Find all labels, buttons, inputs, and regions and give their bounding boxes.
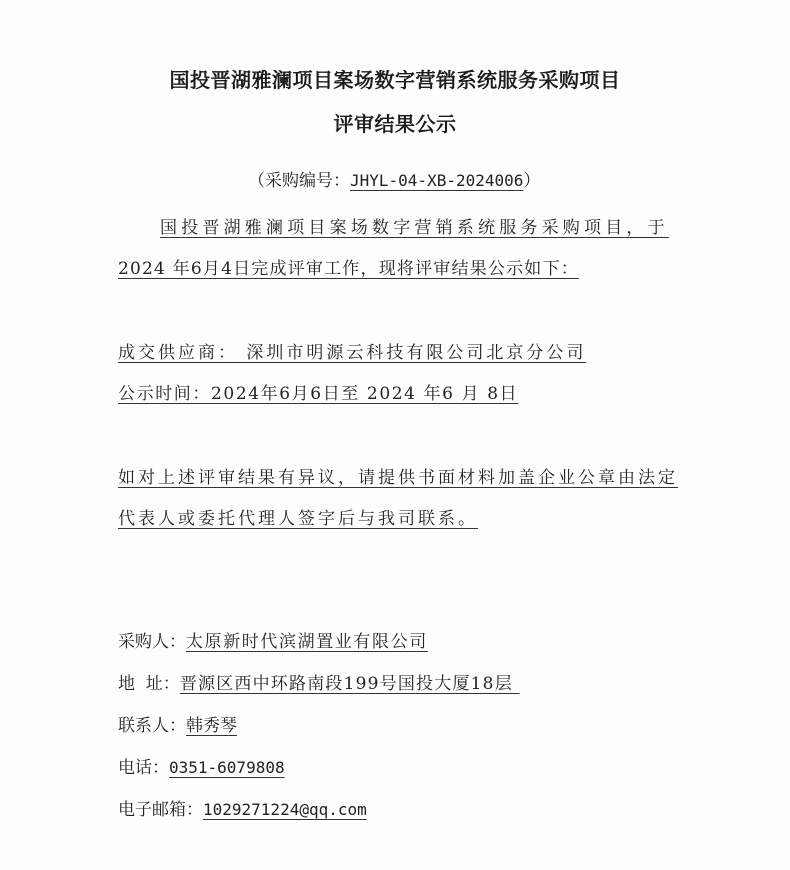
email-value: 1029271224@qq.com [203,800,367,819]
publicity-period-label: 公示时间： [118,384,211,404]
address-value: 晋源区西中环路南段199号国投大厦18层 [180,674,520,694]
procurement-number-suffix: ） [523,171,540,191]
contact-person-label: 联系人： [118,716,186,736]
contact-person-line: 联系人：韩秀琴 [118,715,237,737]
phone-label: 电话： [118,758,169,778]
phone-line: 电话：0351-6079808 [118,757,285,779]
document-page: 国投晋湖雅澜项目案场数字营销系统服务采购项目 评审结果公示 （采购编号：JHYL… [0,0,790,870]
procurement-number: （采购编号：JHYL-04-XB-2024006） [248,170,540,192]
purchaser-line: 采购人：太原新时代滨湖置业有限公司 [118,631,428,653]
supplier-label: 成交供应商： [118,343,238,363]
email-label: 电子邮箱： [118,800,203,820]
intro-line-2: 2024 年6月4日完成评审工作，现将评审结果公示如下： [118,258,579,280]
supplier-value: 深圳市明源云科技有限公司北京分公司 [238,343,586,363]
supplier-line: 成交供应商： 深圳市明源云科技有限公司北京分公司 [118,342,586,364]
phone-value: 0351-6079808 [169,758,285,777]
publicity-period-line: 公示时间：2024年6月6日至 2024 年6 月 8日 [118,383,518,405]
document-title: 国投晋湖雅澜项目案场数字营销系统服务采购项目 [0,64,790,93]
email-line: 电子邮箱：1029271224@qq.com [118,799,367,821]
address-line: 地 址：晋源区西中环路南段199号国投大厦18层 [118,673,520,695]
publicity-period-value: 2024年6月6日至 2024 年6 月 8日 [211,384,518,404]
document-subtitle: 评审结果公示 [0,108,790,137]
objection-line-2: 代表人或委托代理人签字后与我司联系。 [118,508,478,530]
contact-person-value: 韩秀琴 [186,716,237,736]
intro-line-1: 国投晋湖雅澜项目案场数字营销系统服务采购项目，于 [160,217,669,239]
objection-line-1: 如对上述评审结果有异议，请提供书面材料加盖企业公章由法定 [118,467,678,489]
purchaser-label: 采购人： [118,632,186,652]
procurement-number-value: JHYL-04-XB-2024006 [350,171,523,190]
address-label: 地 址： [118,674,180,694]
procurement-number-prefix: （采购编号： [248,171,350,191]
purchaser-value: 太原新时代滨湖置业有限公司 [186,632,428,652]
